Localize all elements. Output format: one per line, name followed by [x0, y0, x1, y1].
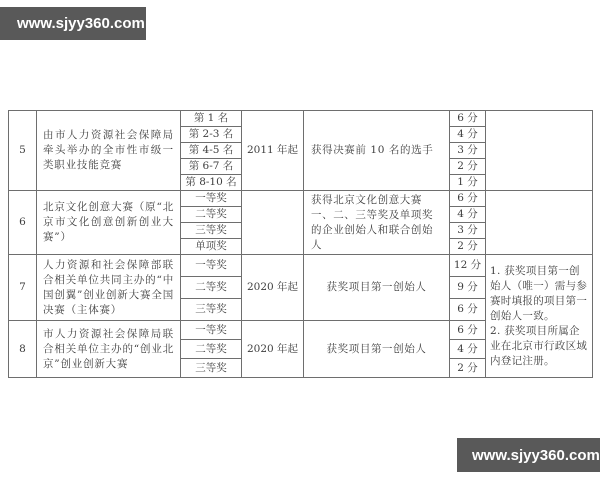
cell-award-level: 三等奖: [181, 299, 242, 321]
cell-start-year: 2020 年起: [242, 255, 304, 321]
watermark-text: www.sjyy360.com: [17, 15, 145, 32]
cell-points: 12 分: [450, 255, 486, 277]
cell-award-level: 二等奖: [181, 277, 242, 299]
cell-start-year: 2011 年起: [242, 111, 304, 191]
cell-points: 2 分: [450, 239, 486, 255]
cell-start-year: 2020 年起: [242, 321, 304, 378]
cell-points: 6 分: [450, 299, 486, 321]
cell-points: 4 分: [450, 127, 486, 143]
cell-competition-name: 人力资源和社会保障部联合相关单位共同主办的“中国创翼”创业创新大赛全国决赛（主体…: [37, 255, 181, 321]
cell-competition-name: 由市人力资源社会保障局牵头举办的全市性市级一类职业技能竞赛: [37, 111, 181, 191]
cell-note-empty: [486, 111, 593, 191]
cell-points: 4 分: [450, 207, 486, 223]
cell-recipient-desc: 获奖项目第一创始人: [304, 255, 450, 321]
cell-competition-name: 市人力资源社会保障局联合相关单位主办的“创业北京”创业创新大赛: [37, 321, 181, 378]
competition-scoring-table: 5 由市人力资源社会保障局牵头举办的全市性市级一类职业技能竞赛 第 1 名 20…: [8, 110, 593, 378]
cell-award-level: 第 4-5 名: [181, 143, 242, 159]
cell-award-level: 二等奖: [181, 340, 242, 359]
cell-award-level: 第 8-10 名: [181, 175, 242, 191]
watermark-top-left: www.sjyy360.com: [0, 7, 146, 40]
cell-points: 3 分: [450, 143, 486, 159]
cell-points: 6 分: [450, 111, 486, 127]
cell-start-year: [242, 191, 304, 255]
watermark-bottom-right: www.sjyy360.com: [457, 438, 600, 472]
document-page: www.sjyy360.com 5 由市人力资源社会保障局牵头举办的全市性市级一…: [0, 0, 600, 480]
cell-award-level: 二等奖: [181, 207, 242, 223]
cell-recipient-desc: 获得北京文化创意大赛一、二、三等奖及单项奖的企业创始人和联合创始人: [304, 191, 450, 255]
cell-points: 4 分: [450, 340, 486, 359]
table-row: 7 人力资源和社会保障部联合相关单位共同主办的“中国创翼”创业创新大赛全国决赛（…: [9, 255, 593, 277]
cell-notes-merged: 1. 获奖项目第一创始人（唯一）需与参赛时填报的项目第一创始人一致。 2. 获奖…: [486, 255, 593, 378]
note-item-1: 1. 获奖项目第一创始人（唯一）需与参赛时填报的项目第一创始人一致。: [490, 264, 588, 324]
cell-points: 9 分: [450, 277, 486, 299]
watermark-text: www.sjyy360.com: [472, 447, 600, 464]
cell-recipient-desc: 获得决赛前 10 名的选手: [304, 111, 450, 191]
cell-points: 3 分: [450, 223, 486, 239]
table-row: 5 由市人力资源社会保障局牵头举办的全市性市级一类职业技能竞赛 第 1 名 20…: [9, 111, 593, 127]
cell-points: 6 分: [450, 191, 486, 207]
cell-recipient-desc: 获奖项目第一创始人: [304, 321, 450, 378]
cell-award-level: 三等奖: [181, 359, 242, 378]
cell-note-empty: [486, 191, 593, 255]
cell-row-number: 8: [9, 321, 37, 378]
cell-points: 6 分: [450, 321, 486, 340]
cell-award-level: 第 2-3 名: [181, 127, 242, 143]
cell-award-level: 第 6-7 名: [181, 159, 242, 175]
cell-points: 2 分: [450, 159, 486, 175]
cell-award-level: 一等奖: [181, 191, 242, 207]
note-item-2: 2. 获奖项目所属企业在北京市行政区域内登记注册。: [490, 324, 588, 369]
cell-row-number: 6: [9, 191, 37, 255]
cell-competition-name: 北京文化创意大赛（原“北京市文化创意创新创业大赛”）: [37, 191, 181, 255]
cell-award-level: 一等奖: [181, 321, 242, 340]
cell-row-number: 7: [9, 255, 37, 321]
cell-award-level: 单项奖: [181, 239, 242, 255]
table-row: 6 北京文化创意大赛（原“北京市文化创意创新创业大赛”） 一等奖 获得北京文化创…: [9, 191, 593, 207]
cell-points: 1 分: [450, 175, 486, 191]
cell-row-number: 5: [9, 111, 37, 191]
cell-award-level: 第 1 名: [181, 111, 242, 127]
cell-award-level: 三等奖: [181, 223, 242, 239]
cell-points: 2 分: [450, 359, 486, 378]
cell-award-level: 一等奖: [181, 255, 242, 277]
